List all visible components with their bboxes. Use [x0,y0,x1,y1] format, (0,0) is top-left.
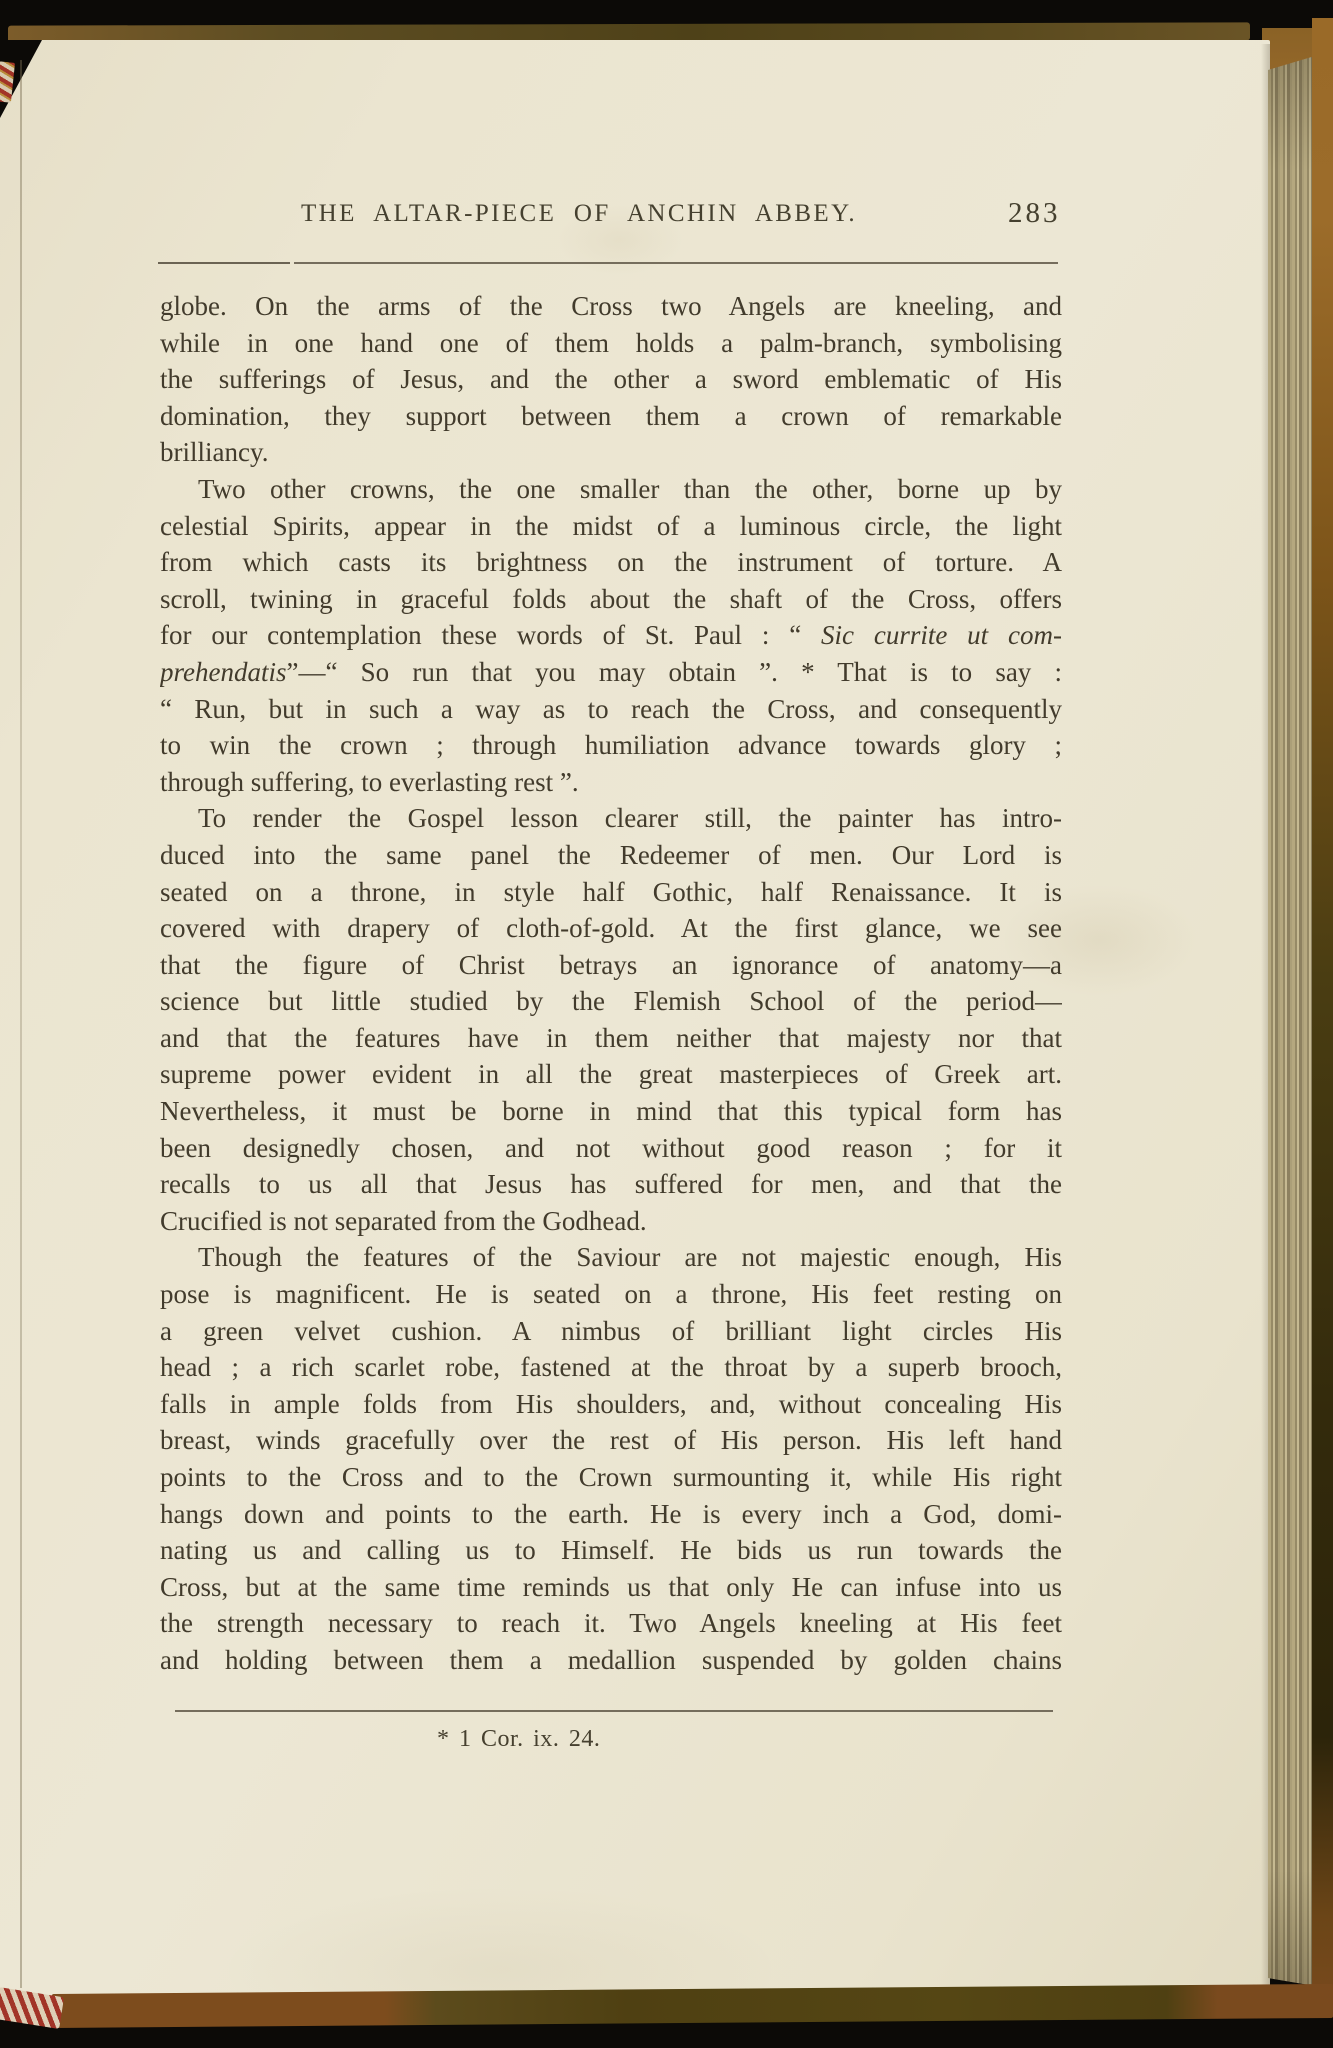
text-segment: brilliancy. [160,437,268,467]
text-line: through suffering, to everlasting rest ”… [160,764,1062,801]
text-line: To render the Gospel lesson clearer stil… [160,800,1062,837]
text-line: points to the Cross and to the Crown sur… [160,1459,1062,1496]
text-line: brilliancy. [160,434,1062,471]
text-segment: points to the Cross and to the Crown sur… [160,1462,1062,1492]
text-line: pose is magnificent. He is seated on a t… [160,1276,1062,1313]
text-segment: Cross, but at the same time reminds us t… [160,1572,1062,1602]
text-line: hangs down and points to the earth. He i… [160,1496,1062,1533]
text-line: breast, winds gracefully over the rest o… [160,1422,1062,1459]
footnote-rule [175,1710,1053,1712]
paragraph: To render the Gospel lesson clearer stil… [160,800,1062,1239]
text-segment: Though the features of the Saviour are n… [198,1242,1062,1272]
text-segment: a green velvet cushion. A nimbus of bril… [160,1316,1062,1346]
text-segment: Crucified is not separated from the Godh… [160,1206,647,1236]
book-cover-right [1312,18,1333,2016]
running-header: THE ALTAR-PIECE OF ANCHIN ABBEY. [160,200,1062,228]
text-segment: while in one hand one of them holds a pa… [160,328,1062,358]
text-segment: head ; a rich scarlet robe, fastened at … [160,1352,1062,1382]
text-line: celestial Spirits, appear in the midst o… [160,508,1062,545]
text-line: that the figure of Christ betrays an ign… [160,947,1062,984]
book-scan-photo: THE ALTAR-PIECE OF ANCHIN ABBEY. 283 glo… [0,0,1333,2048]
text-segment: Two other crowns, the one smaller than t… [198,474,1062,504]
text-segment: covered with drapery of cloth-of-gold. A… [160,913,1062,943]
header-rule-right-segment [294,262,1058,264]
text-line: scroll, twining in graceful folds about … [160,581,1062,618]
text-segment: “ Run, but in such a way as to reach the… [160,694,1062,724]
text-segment: and holding between them a medallion sus… [160,1645,1062,1675]
text-line: domination, they support between them a … [160,398,1062,435]
text-segment: and that the features have in them neith… [160,1023,1062,1053]
text-segment: celestial Spirits, appear in the midst o… [160,511,1062,541]
text-segment: been designedly chosen, and not without … [160,1133,1062,1163]
text-segment: duced into the same panel the Redeemer o… [160,840,1062,870]
text-line: head ; a rich scarlet robe, fastened at … [160,1349,1062,1386]
page-title: THE ALTAR-PIECE OF ANCHIN ABBEY. [301,200,857,228]
text-line: while in one hand one of them holds a pa… [160,325,1062,362]
text-line: supreme power evident in all the great m… [160,1056,1062,1093]
text-line: Though the features of the Saviour are n… [160,1239,1062,1276]
page-number: 283 [1008,197,1061,230]
text-segment: globe. On the arms of the Cross two Ange… [160,291,1062,321]
text-segment: recalls to us all that Jesus has suffere… [160,1169,1062,1199]
text-line: and that the features have in them neith… [160,1020,1062,1057]
text-segment: supreme power evident in all the great m… [160,1059,1062,1089]
fore-edge-page-stack [1268,56,1315,1986]
text-line: recalls to us all that Jesus has suffere… [160,1166,1062,1203]
text-segment: ”—“ So run that you may obtain ”. * That… [286,657,1062,687]
text-line: seated on a throne, in style half Gothic… [160,874,1062,911]
text-line: covered with drapery of cloth-of-gold. A… [160,910,1062,947]
text-line: been designedly chosen, and not without … [160,1130,1062,1167]
text-segment: the strength necessary to reach it. Two … [160,1608,1062,1638]
text-line: prehendatis”—“ So run that you may obtai… [160,654,1062,691]
text-line: Crucified is not separated from the Godh… [160,1203,1062,1240]
text-line: Nevertheless, it must be borne in mind t… [160,1093,1062,1130]
text-segment: hangs down and points to the earth. He i… [160,1499,1062,1529]
text-line: from which casts its brightness on the i… [160,544,1062,581]
text-line: duced into the same panel the Redeemer o… [160,837,1062,874]
text-line: Cross, but at the same time reminds us t… [160,1569,1062,1606]
text-line: “ Run, but in such a way as to reach the… [160,691,1062,728]
text-line: and holding between them a medallion sus… [160,1642,1062,1679]
text-segment: science but little studied by the Flemis… [160,986,1062,1016]
text-segment: falls in ample folds from His shoulders,… [160,1389,1062,1419]
paragraph: globe. On the arms of the Cross two Ange… [160,288,1062,471]
text-segment: breast, winds gracefully over the rest o… [160,1425,1062,1455]
text-line: nating us and calling us to Himself. He … [160,1532,1062,1569]
header-rule-left-segment [158,262,290,264]
text-segment: seated on a throne, in style half Gothic… [160,877,1062,907]
text-segment: nating us and calling us to Himself. He … [160,1535,1062,1565]
text-line: science but little studied by the Flemis… [160,983,1062,1020]
footnote: * 1 Cor. ix. 24. [437,1726,600,1753]
text-segment: to win the crown ; through humiliation a… [160,730,1062,760]
text-line: to win the crown ; through humiliation a… [160,727,1062,764]
text-segment: the sufferings of Jesus, and the other a… [160,364,1062,394]
text-segment: To render the Gospel lesson clearer stil… [198,803,1062,833]
page-gutter-crease [20,60,22,1988]
italic-text: prehendatis [160,657,286,687]
text-segment: pose is magnificent. He is seated on a t… [160,1279,1062,1309]
paragraph: Though the features of the Saviour are n… [160,1239,1062,1678]
body-text: globe. On the arms of the Cross two Ange… [160,288,1062,1679]
text-line: the strength necessary to reach it. Two … [160,1605,1062,1642]
text-line: for our contemplation these words of St.… [160,617,1062,654]
text-line: globe. On the arms of the Cross two Ange… [160,288,1062,325]
text-line: a green velvet cushion. A nimbus of bril… [160,1313,1062,1350]
text-segment: scroll, twining in graceful folds about … [160,584,1062,614]
text-segment: that the figure of Christ betrays an ign… [160,950,1062,980]
text-line: falls in ample folds from His shoulders,… [160,1386,1062,1423]
text-segment: from which casts its brightness on the i… [160,547,1062,577]
text-segment: through suffering, to everlasting rest ”… [160,767,579,797]
text-line: Two other crowns, the one smaller than t… [160,471,1062,508]
italic-text: Sic currite ut com- [821,620,1062,650]
text-segment: domination, they support between them a … [160,401,1062,431]
paragraph: Two other crowns, the one smaller than t… [160,471,1062,800]
text-line: the sufferings of Jesus, and the other a… [160,361,1062,398]
text-segment: for our contemplation these words of St.… [160,620,821,650]
text-segment: Nevertheless, it must be borne in mind t… [160,1096,1062,1126]
